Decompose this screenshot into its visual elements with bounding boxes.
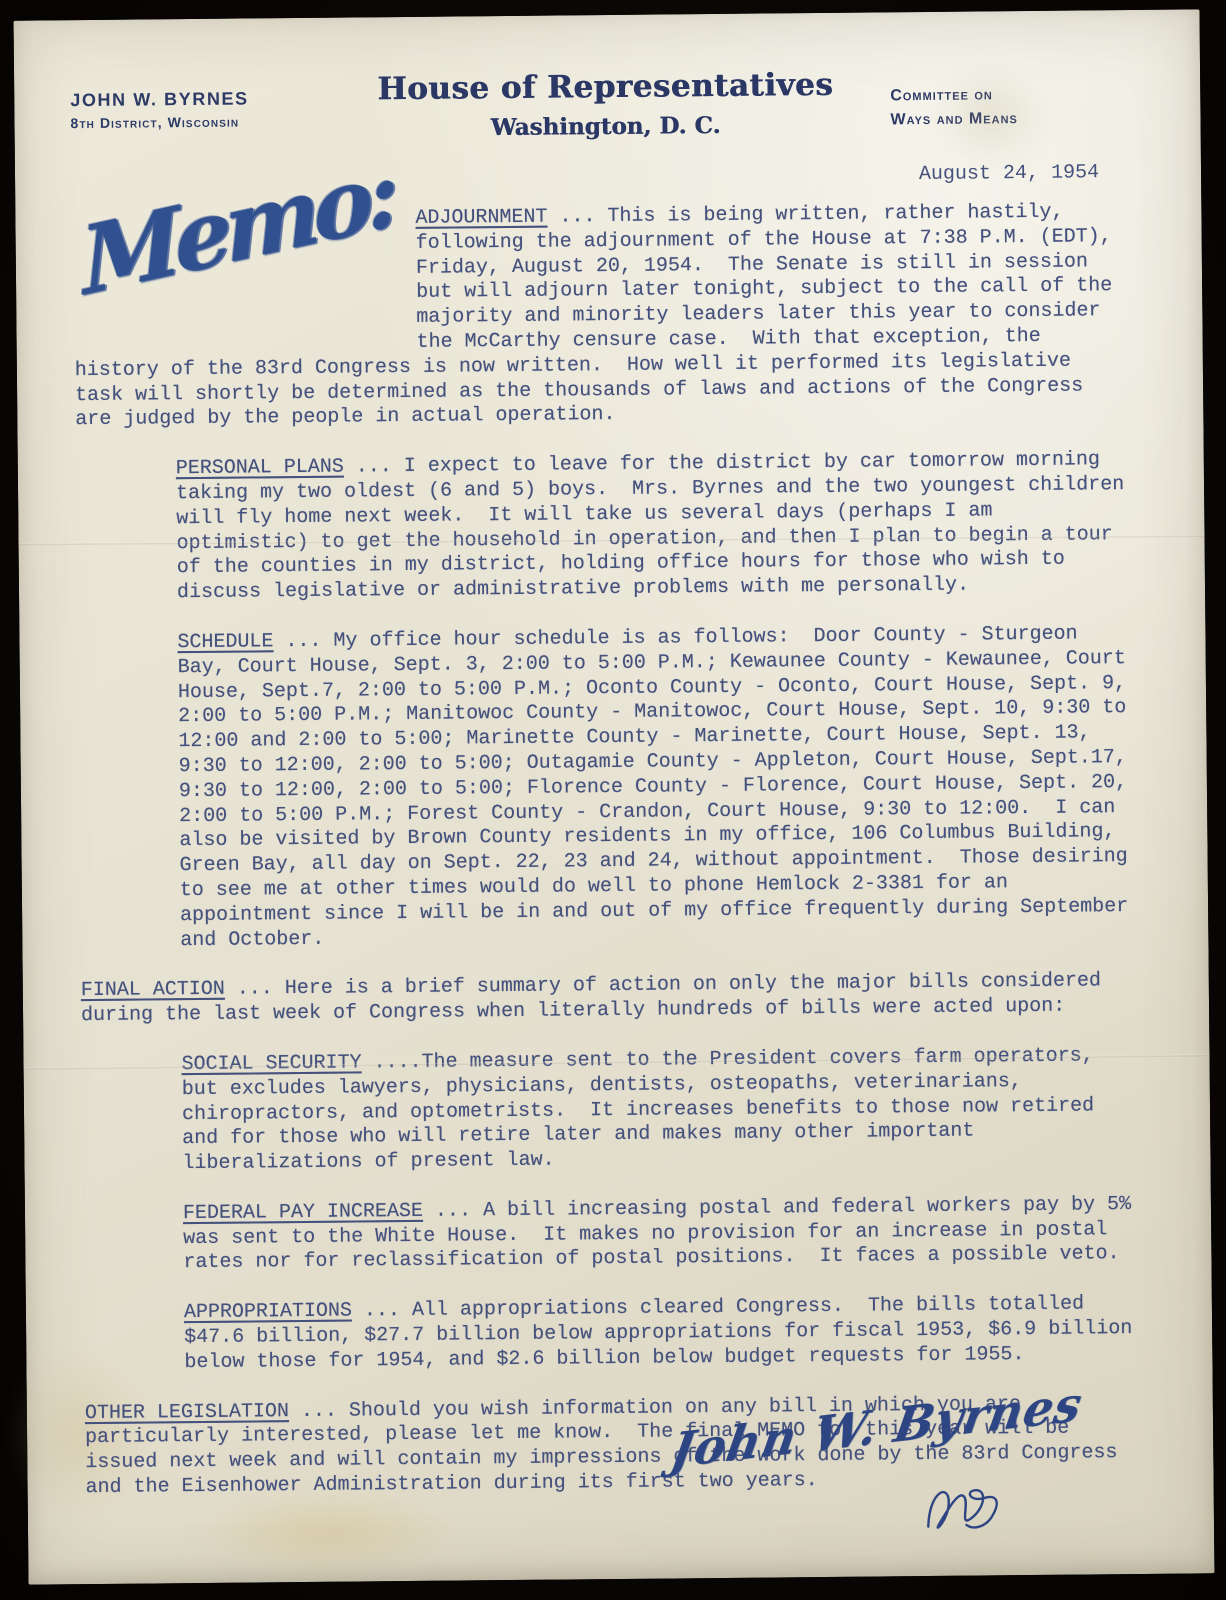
photo-backdrop: JOHN W. BYRNES 8th District, Wisconsin H… [0, 0, 1226, 1600]
memo-page: JOHN W. BYRNES 8th District, Wisconsin H… [14, 9, 1215, 1584]
paragraph-appropriations: APPROPRIATIONS ... All appropriations cl… [184, 1292, 1135, 1376]
section-heading-adjournment: ADJOURNMENT [415, 206, 547, 230]
memo-logo: Memo: [79, 207, 402, 334]
section-body-final-action: ... Here is a brief summary of action on… [81, 970, 1113, 1028]
paper-stain [930, 61, 1051, 172]
paragraph-schedule: SCHEDULE ... My office hour schedule is … [177, 622, 1130, 953]
house-title: House of Representatives [377, 67, 833, 107]
section-heading-personal-plans: PERSONAL PLANS [176, 456, 344, 481]
section-heading-final-action: FINAL ACTION [81, 978, 225, 1002]
paragraph-adjournment: Memo:ADJOURNMENT ... This is being writt… [73, 200, 1125, 433]
paragraph-final-action: FINAL ACTION ... Here is a brief summary… [81, 969, 1131, 1029]
house-location: Washington, D. C. [377, 111, 833, 142]
paper-stain [193, 1488, 464, 1577]
section-heading-schedule: SCHEDULE [177, 630, 273, 654]
section-body-schedule: ... My office hour schedule is as follow… [178, 622, 1141, 951]
memo-body: Memo:ADJOURNMENT ... This is being writt… [15, 183, 1213, 1501]
letterhead-member-block: JOHN W. BYRNES 8th District, Wisconsin [70, 88, 320, 131]
paragraph-federal-pay-increase: FEDERAL PAY INCREASE ... A bill increasi… [183, 1193, 1134, 1277]
section-heading-other-legislation: OTHER LEGISLATION [85, 1400, 289, 1425]
section-heading-federal-pay-increase: FEDERAL PAY INCREASE [183, 1200, 423, 1225]
paragraph-personal-plans: PERSONAL PLANS ... I expect to leave for… [176, 448, 1127, 606]
member-name: JOHN W. BYRNES [70, 88, 320, 111]
closing-block: OTHER LEGISLATION ... Should you wish in… [85, 1392, 1136, 1501]
letterhead-title-block: House of Representatives Washington, D. … [377, 67, 834, 142]
member-district: 8th District, Wisconsin [70, 113, 320, 131]
section-heading-appropriations: APPROPRIATIONS [184, 1300, 352, 1325]
